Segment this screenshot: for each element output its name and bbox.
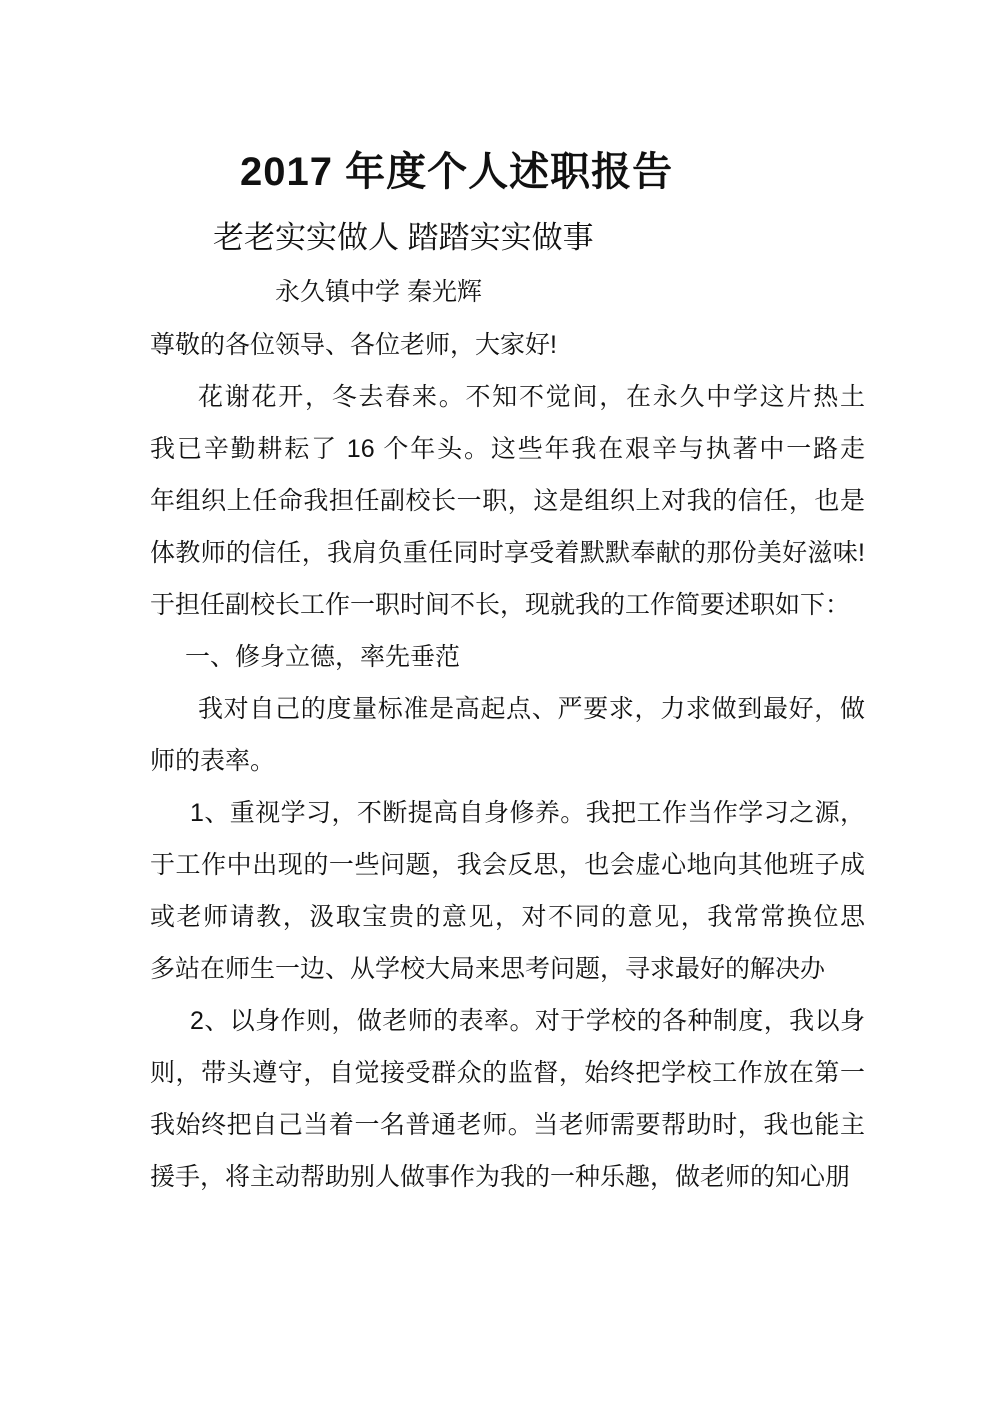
- document-title: 2017 年度个人述职报告: [150, 146, 865, 198]
- body-line: 体教师的信任，我肩负重任同时享受着默默奉献的那份美好滋味!由: [150, 527, 865, 579]
- body-line: 援手，将主动帮助别人做事作为我的一种乐趣，做老师的知心朋友。: [150, 1151, 865, 1203]
- body-line: 1、重视学习，不断提高自身修养。我把工作当作学习之源，对: [150, 787, 865, 839]
- document-content: 2017 年度个人述职报告 老老实实做人 踏踏实实做事 永久镇中学 秦光辉 尊敬…: [0, 146, 1000, 1203]
- body-line: 或老师请教，汲取宝贵的意见，对不同的意见，我常常换位思考，: [150, 891, 865, 943]
- body-line: 尊敬的各位领导、各位老师，大家好!: [150, 319, 865, 371]
- body-line: 师的表率。: [150, 735, 865, 787]
- body-line: 于工作中出现的一些问题，我会反思，也会虚心地向其他班子成员: [150, 839, 865, 891]
- body-line: 我对自己的度量标准是高起点、严要求，力求做到最好，做教: [150, 683, 865, 735]
- document-subtitle: 老老实实做人 踏踏实实做事: [150, 216, 865, 260]
- body-line: 我已辛勤耕耘了 16 个年头。这些年我在艰辛与执著中一路走来。今: [150, 423, 865, 475]
- body-line: 于担任副校长工作一职时间不长，现就我的工作简要述职如下：: [150, 579, 865, 631]
- body-line: 一、修身立德，率先垂范: [150, 631, 865, 683]
- body-line: 多站在师生一边、从学校大局来思考问题，寻求最好的解决办法。: [150, 943, 865, 995]
- body-line: 2、以身作则，做老师的表率。对于学校的各种制度，我以身作: [150, 995, 865, 1047]
- document-page: 2017 年度个人述职报告 老老实实做人 踏踏实实做事 永久镇中学 秦光辉 尊敬…: [0, 0, 1000, 1415]
- document-byline: 永久镇中学 秦光辉: [150, 274, 865, 310]
- body-line: 我始终把自己当着一名普通老师。当老师需要帮助时，我也能主动: [150, 1099, 865, 1151]
- document-body: 尊敬的各位领导、各位老师，大家好!花谢花开，冬去春来。不知不觉间，在永久中学这片…: [150, 319, 865, 1203]
- body-line: 则，带头遵守，自觉接受群众的监督，始终把学校工作放在第一位。: [150, 1047, 865, 1099]
- body-line: 年组织上任命我担任副校长一职，这是组织上对我的信任，也是全: [150, 475, 865, 527]
- body-line: 花谢花开，冬去春来。不知不觉间，在永久中学这片热土上，: [150, 371, 865, 423]
